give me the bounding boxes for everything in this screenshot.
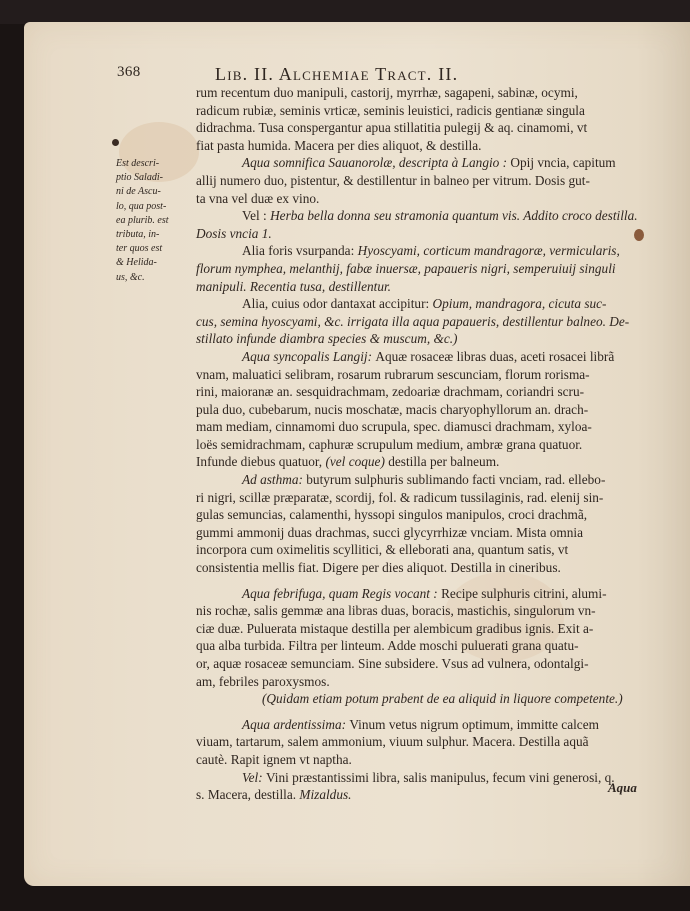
- text-line: Vel: Vini præstantissimi libra, salis ma…: [196, 769, 674, 787]
- text-line: nis rochæ, salis gemmæ ana libras duas, …: [196, 602, 674, 620]
- margin-note-line: lo, qua post-: [116, 200, 196, 214]
- text-line: gummi ammonij duas drachmas, succi glycy…: [196, 524, 674, 542]
- text-line: florum nymphea, melanthij, fabæ inuersæ,…: [196, 260, 674, 278]
- page-number: 368: [117, 64, 141, 81]
- recipe-heading-line: Ad asthma: butyrum sulphuris sublimando …: [196, 471, 674, 489]
- text-line: fiat pasta humida. Macera per dies aliqu…: [196, 137, 674, 155]
- recipe-heading-line: Aqua ardentissima: Vinum vetus nigrum op…: [196, 716, 674, 734]
- margin-note-line: ptio Saladi-: [116, 171, 196, 185]
- text-line: or, aquæ rosaceæ semunciam. Sine subside…: [196, 655, 674, 673]
- margin-note-line: tributa, in-: [116, 228, 196, 242]
- text-line: s. Macera, destilla. Mizaldus.: [196, 786, 674, 804]
- text-line: vnam, maluatici selibram, rosarum rubrar…: [196, 366, 674, 384]
- text-line: viuam, tartarum, salem ammonium, viuum s…: [196, 733, 674, 751]
- body-text: rum recentum duo manipuli, castorij, myr…: [196, 84, 674, 804]
- text-line: radicum rubiæ, seminis vrticæ, seminis l…: [196, 102, 674, 120]
- catchword: Aqua: [608, 780, 637, 796]
- scan-backdrop: [0, 0, 690, 24]
- text-line: (Quidam etiam potum prabent de ea aliqui…: [196, 690, 674, 708]
- ink-spot: [112, 139, 119, 146]
- margin-note-line: ter quos est: [116, 242, 196, 256]
- text-line: Dosis vncia 1.: [196, 225, 674, 243]
- margin-note-line: ni de Ascu-: [116, 185, 196, 199]
- margin-note-line: Est descri-: [116, 157, 196, 171]
- text-line: manipuli. Recentia tusa, destillentur.: [196, 278, 674, 296]
- text-line: rini, maioranæ an. sesquidrachmam, zedoa…: [196, 383, 674, 401]
- margin-note-line: & Helida-: [116, 256, 196, 270]
- margin-note-line: ea plurib. est: [116, 214, 196, 228]
- text-line: Alia, cuius odor dantaxat accipitur: Opi…: [196, 295, 674, 313]
- text-line: ri nigri, scillæ præparatæ, scordij, fol…: [196, 489, 674, 507]
- margin-note: Est descri- ptio Saladi- ni de Ascu- lo,…: [116, 157, 196, 285]
- recipe-heading-line: Aqua somnifica Sauanorolæ, descripta à L…: [196, 154, 674, 172]
- running-head: 368 Lib. II. Alchemiae Tract. II.: [117, 64, 577, 86]
- recipe-heading-line: Aqua febrifuga, quam Regis vocant : Reci…: [196, 585, 674, 603]
- text-line: pula duo, cubebarum, nucis moschatæ, mac…: [196, 401, 674, 419]
- text-line: ciæ duæ. Puluerata mistaque destilla per…: [196, 620, 674, 638]
- text-line: incorpora cum oximelitis scyllitici, & e…: [196, 541, 674, 559]
- text-line: qua alba turbida. Filtra per linteum. Ad…: [196, 637, 674, 655]
- text-line: loës semidrachmam, caphuræ scrupulum med…: [196, 436, 674, 454]
- text-line: ta vna vel duæ ex vino.: [196, 190, 674, 208]
- text-line: allij numero duo, pistentur, & destillen…: [196, 172, 674, 190]
- recipe-heading-line: Aqua syncopalis Langij: Aquæ rosaceæ lib…: [196, 348, 674, 366]
- text-line: rum recentum duo manipuli, castorij, myr…: [196, 84, 674, 102]
- text-line: mam mediam, cinnamomi duo scrupula, spec…: [196, 418, 674, 436]
- text-line: consistentia mellis fiat. Digere per die…: [196, 559, 674, 577]
- text-line: didrachma. Tusa conspergantur apua still…: [196, 119, 674, 137]
- text-line: Vel : Herba bella donna seu stramonia qu…: [196, 207, 674, 225]
- text-line: cautè. Rapit ignem vt naptha.: [196, 751, 674, 769]
- text-line: am, febriles paroxysmos.: [196, 673, 674, 691]
- text-line: cus, semina hyoscyami, &c. irrigata illa…: [196, 313, 674, 331]
- margin-note-line: us, &c.: [116, 271, 196, 285]
- text-line: Alia foris vsurpanda: Hyoscyami, corticu…: [196, 242, 674, 260]
- text-line: stillato infunde diambra species & muscu…: [196, 330, 674, 348]
- text-line: gulas semuncias, calamenthi, hyssopi sin…: [196, 506, 674, 524]
- text-line: Infunde diebus quatuor, (vel coque) dest…: [196, 453, 674, 471]
- running-title: Lib. II. Alchemiae Tract. II.: [215, 64, 458, 85]
